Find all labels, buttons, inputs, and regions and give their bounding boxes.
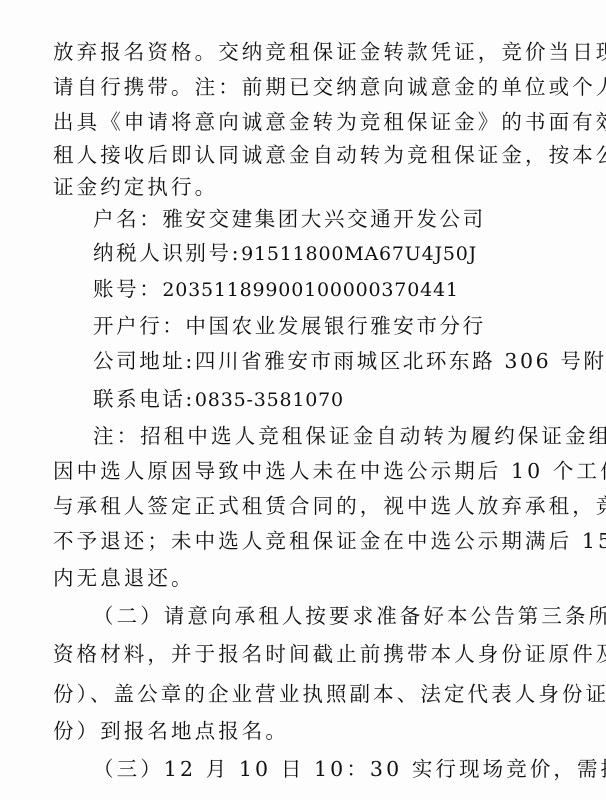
note-line-3: 与承租人签定正式租赁合同的，视中选人放弃承租，竞租保证金 [53,491,557,521]
taxpayer-id-label: 纳税人识别号: [93,241,241,265]
note-line-4: 不予退还；未中选人竞租保证金在中选公示期满后 15 个工作日 [53,526,557,556]
phone-label: 联系电话: [93,387,195,411]
account-name-value: 雅安交建集团大兴交通开发公司 [162,207,485,231]
bank-row: 开户行：中国农业发展银行雅安市分行 [93,311,486,341]
note-line-2: 因中选人原因导致中选人未在中选公示期后 10 个工作日内完成 [53,456,557,486]
bank-value: 中国农业发展银行雅安市分行 [185,314,485,338]
account-name-label: 户名： [93,207,162,231]
taxpayer-id-row: 纳税人识别号:91511800MA67U4J50J [93,238,477,268]
paragraph-1-line-2: 请自行携带。注：前期已交纳意向诚意金的单位或个人，报名时 [53,72,557,102]
address-row: 公司地址:四川省雅安市雨城区北环东路 306 号附 1 号 [93,346,606,376]
section-2-line-2: 资格材料，并于报名时间截止前携带本人身份证原件及复印件（1 [53,639,557,669]
note-line-1: 注：招租中选人竞租保证金自动转为履约保证金组成部分， [93,421,557,451]
paragraph-1-line-4: 租人接收后即认同诚意金自动转为竞租保证金，按本公告竞租保 [53,140,557,170]
note-line-5: 内无息退还。 [53,563,557,593]
section-2-line-1: （二）请意向承租人按要求准备好本公告第三条所列示的 [93,601,557,631]
account-number-label: 账号： [93,277,162,301]
address-label: 公司地址: [93,349,195,373]
account-name-row: 户名：雅安交建集团大兴交通开发公司 [93,204,486,234]
account-number-tail: 1 [446,279,459,301]
taxpayer-id-value: 91511800MA67U4J50J [241,243,477,265]
paragraph-1-line-3: 出具《申请将意向诚意金转为竞租保证金》的书面有效申请，招 [53,107,557,137]
phone-row: 联系电话:0835-3581070 [93,384,344,414]
paragraph-1-line-1: 放弃报名资格。交纳竞租保证金转款凭证，竞价当日现场需复核， [53,37,557,67]
section-2-line-3: 份）、盖公章的企业营业执照副本、法定代表人身份证复印件（1 [53,679,557,709]
section-3-line-1: （三）12 月 10 日 10：30 实行现场竞价，需携带公告第三 [93,754,557,784]
section-2-line-4: 份）到报名地点报名。 [53,716,557,746]
paragraph-1-line-5: 证金约定执行。 [53,172,557,202]
address-value: 四川省雅安市雨城区北环东路 306 号附 1 号 [195,349,606,373]
bank-label: 开户行： [93,314,185,338]
account-number-value: 2035118990010000037044 [162,279,446,301]
document-page: 放弃报名资格。交纳竞租保证金转款凭证，竞价当日现场需复核， 请自行携带。注：前期… [0,0,606,800]
account-number-row: 账号：20351189900100000370441 [93,274,459,304]
phone-value: 0835-3581070 [195,389,344,411]
